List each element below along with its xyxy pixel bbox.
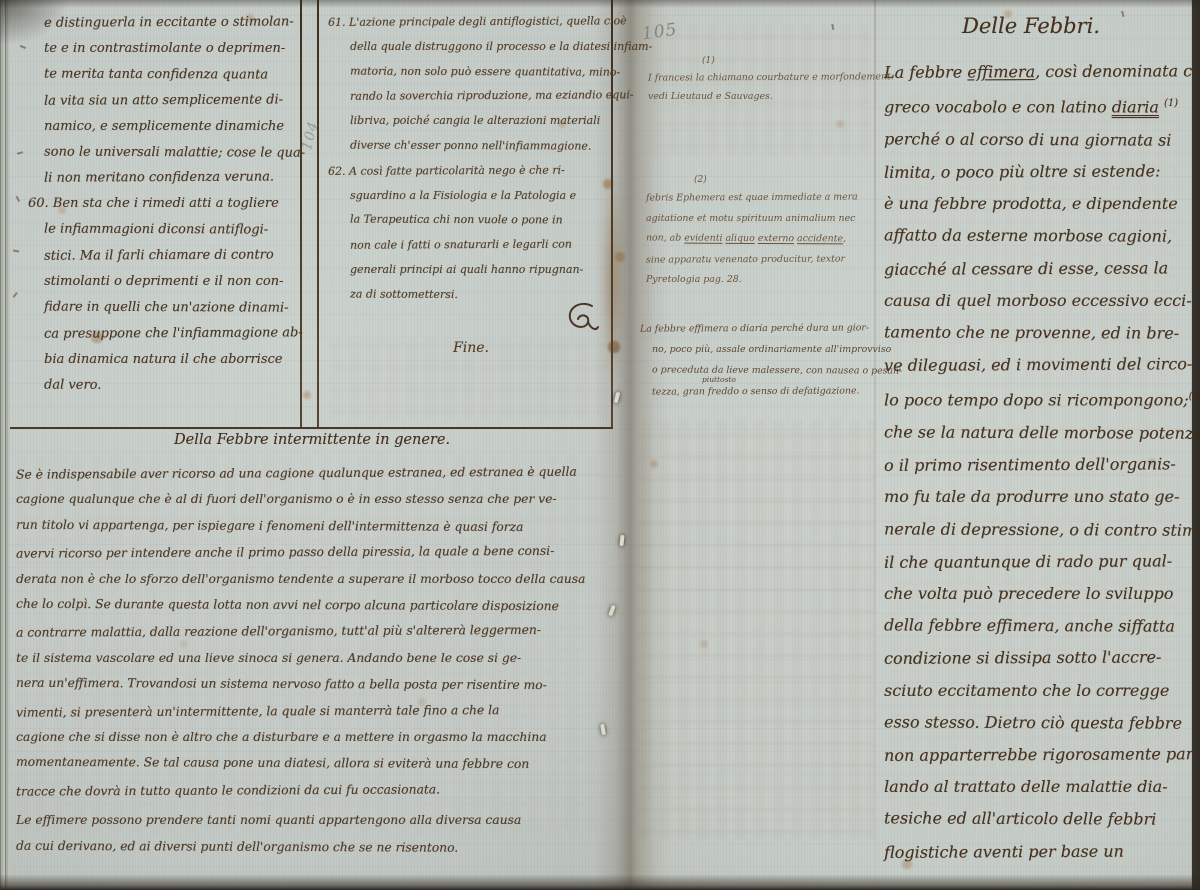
- text-line: non cale i fatti o snaturarli e legarli …: [328, 232, 620, 258]
- margin-note-text: La febbre effimera o diaria perché dura …: [640, 318, 888, 402]
- text-line: tracce che dovrà in tutto quanto le cond…: [16, 775, 614, 805]
- text-line: sono le universali malattie; cose le qua…: [28, 139, 300, 166]
- left-column-text: e distinguerla in eccitante o stimolan-t…: [28, 10, 300, 399]
- text-line: giacché al cessare di esse, cessa la: [884, 252, 1192, 286]
- text-line: limita, o poco più oltre si estende:: [884, 155, 1192, 189]
- text-line: che volta può precedere lo sviluppo: [884, 578, 1192, 610]
- chapter-heading: Delle Febbri.: [880, 14, 1182, 38]
- text-line: La febbre effimera o diaria perché dura …: [640, 317, 888, 339]
- footnote-2-label: (2): [694, 175, 707, 185]
- text-line: agitatione et motu spirituum animalium n…: [646, 209, 878, 230]
- text-line: sciuto eccitamento che lo corregge: [884, 675, 1192, 707]
- footnote-1-label: (1): [702, 56, 715, 66]
- main-body-text: La febbre effimera, così denominata cong…: [884, 56, 1192, 868]
- page-stack-edge: [0, 0, 10, 890]
- text-line: tezza, gran freddo o senso di defatigazi…: [640, 380, 888, 402]
- text-line: Se è indispensabile aver ricorso ad una …: [16, 458, 614, 488]
- text-line: ve dileguasi, ed i movimenti del circo-: [884, 348, 1192, 382]
- text-line: te merita tanta confidenza quanta: [28, 61, 300, 88]
- text-line: a contrarre malattia, dalla reazione del…: [16, 617, 614, 647]
- text-line: tesiche ed all'articolo delle febbri: [884, 803, 1192, 837]
- text-line: greco vocabolo e con latino diaria (1): [884, 88, 1192, 124]
- margin-crease: [874, 0, 876, 890]
- text-line: cagione qualunque che è al di fuori dell…: [16, 486, 614, 512]
- text-line: Pyretologia pag. 28.: [646, 270, 878, 291]
- text-line: ca presuppone che l'infiammagione ab-: [28, 320, 300, 347]
- photo-edge-right: [1190, 0, 1200, 890]
- interline-insertion: piuttosto: [702, 375, 736, 384]
- text-line: flogistiche aventi per base un: [884, 835, 1192, 869]
- horizontal-rule: [8, 427, 613, 429]
- text-line: te il sistema vascolare ed una lieve sin…: [16, 645, 614, 671]
- text-line: generali principi ai quali hanno ripugna…: [328, 258, 620, 283]
- text-line: Le effimere possono prendere tanti nomi …: [16, 807, 614, 833]
- text-line: cagione che si disse non è altro che a d…: [16, 724, 614, 750]
- text-line: bia dinamica natura il che aborrisce: [28, 347, 300, 373]
- text-line: stimolanti o deprimenti e il non con-: [28, 269, 300, 295]
- text-line: esso stesso. Dietro ciò questa febbre: [884, 706, 1192, 740]
- text-line: il che quantunque di rado pur qual-: [884, 545, 1192, 579]
- text-line: fidare in quelli che un'azione dinami-: [28, 294, 300, 321]
- text-line: rando la soverchia riproduzione, ma ezia…: [328, 84, 620, 110]
- middle-column-text: 61. L'azione principale degli antiflogis…: [328, 10, 620, 308]
- fine-label: Fine.: [328, 340, 614, 356]
- text-line: dal vero.: [28, 372, 300, 399]
- text-line: della febbre effimera, anche siffatta: [884, 609, 1192, 643]
- text-line: mo fu tale da produrre uno stato ge-: [884, 481, 1192, 513]
- manuscript-spread: 104 e distinguerla in eccitante o stimol…: [0, 0, 1200, 890]
- ink-flourish-doodle: [558, 298, 602, 340]
- text-line: che se la natura delle morbose potenze,: [884, 416, 1192, 450]
- text-line: 61. L'azione principale degli antiflogis…: [328, 9, 620, 35]
- section-heading: Della Febbre intermittente in genere.: [15, 432, 609, 448]
- text-line: stici. Ma il farli chiamare di contro: [28, 242, 300, 269]
- text-line: no, poco più, assale ordinariamente all'…: [640, 339, 888, 360]
- text-line: affatto da esterne morbose cagioni,: [884, 220, 1192, 254]
- text-line: 60. Ben sta che i rimedi atti a togliere: [28, 191, 300, 217]
- text-line: 62. A così fatte particolarità nego è ch…: [328, 158, 620, 184]
- text-line: La febbre effimera, così denominata con: [884, 55, 1192, 89]
- text-line: della quale distruggono il processo e la…: [328, 35, 620, 60]
- text-line: li non meritano confidenza veruna.: [28, 165, 300, 192]
- text-line: matoria, non solo può essere quantitativ…: [328, 59, 620, 85]
- text-line: namico, e semplicemente dinamiche: [28, 114, 300, 140]
- text-line: febris Ephemera est quae immediate a mer…: [646, 187, 878, 209]
- column-rule-left: [300, 0, 302, 428]
- footnote-2-text: febris Ephemera est quae immediate a mer…: [646, 188, 878, 291]
- text-line: o il primo risentimento dell'organis-: [884, 448, 1192, 482]
- text-line: da cui derivano, ed ai diversi punti del…: [16, 832, 614, 861]
- photo-edge-top: [0, 0, 1200, 8]
- text-line: vedi Lieutaud e Sauvages.: [648, 87, 878, 106]
- text-line: la Terapeutica chi non vuole o pone in: [328, 208, 620, 234]
- text-line: momentaneamente. Se tal causa pone una d…: [16, 749, 614, 778]
- footnote-1-text: I francesi la chiamano courbature e morf…: [648, 68, 878, 106]
- section-body-text: Se è indispensabile aver ricorso ad una …: [16, 460, 614, 860]
- text-line: non apparterrebbe rigorosamente par-: [884, 738, 1192, 772]
- text-line: condizione si dissipa sotto l'accre-: [884, 642, 1192, 676]
- text-line: sine apparatu venenato producitur, texto…: [646, 249, 878, 271]
- text-line: libriva, poiché cangia le alterazioni ma…: [328, 109, 620, 134]
- text-line: la vita sia un atto semplicemente di-: [28, 87, 300, 114]
- photo-corner-shadow: [0, 0, 70, 46]
- text-line: diverse ch'esser ponno nell'infiammagion…: [328, 133, 620, 159]
- text-line: che lo colpì. Se durante questa lotta no…: [16, 591, 614, 620]
- text-line: è una febbre prodotta, e dipendente: [884, 188, 1192, 220]
- text-line: sguardino a la Fisiologia e la Patologia…: [328, 184, 620, 209]
- column-rule-right: [317, 0, 319, 428]
- text-line: tamento che ne provenne, ed in bre-: [884, 316, 1192, 350]
- text-line: o preceduta da lieve malessere, con naus…: [640, 359, 888, 381]
- text-line: nera un'effimera. Trovandosi un sistema …: [16, 670, 614, 699]
- text-line: I francesi la chiamano courbature e morf…: [648, 67, 878, 87]
- photo-edge-bottom: [0, 874, 1200, 890]
- text-line: non, ab evidenti aliquo externo accident…: [646, 228, 878, 250]
- text-line: le infiammagioni diconsi antiflogi-: [28, 217, 300, 244]
- text-line: lo poco tempo dopo si ricompongono;(2): [884, 381, 1192, 417]
- text-line: vimenti, si presenterà un'intermittente,…: [16, 696, 614, 726]
- text-line: perché o al corso di una giornata si: [884, 123, 1192, 157]
- text-line: lando al trattato delle malattie dia-: [884, 771, 1192, 803]
- text-line: causa di quel morboso eccessivo ecci-: [884, 285, 1192, 317]
- text-line: nerale di depressione, o di contro stimo…: [884, 513, 1192, 547]
- text-line: avervi ricorso per intendere anche il pr…: [16, 538, 614, 568]
- text-line: run titolo vi appartenga, per ispiegare …: [16, 512, 614, 541]
- text-line: derata non è che lo sforzo dell'organism…: [16, 566, 614, 592]
